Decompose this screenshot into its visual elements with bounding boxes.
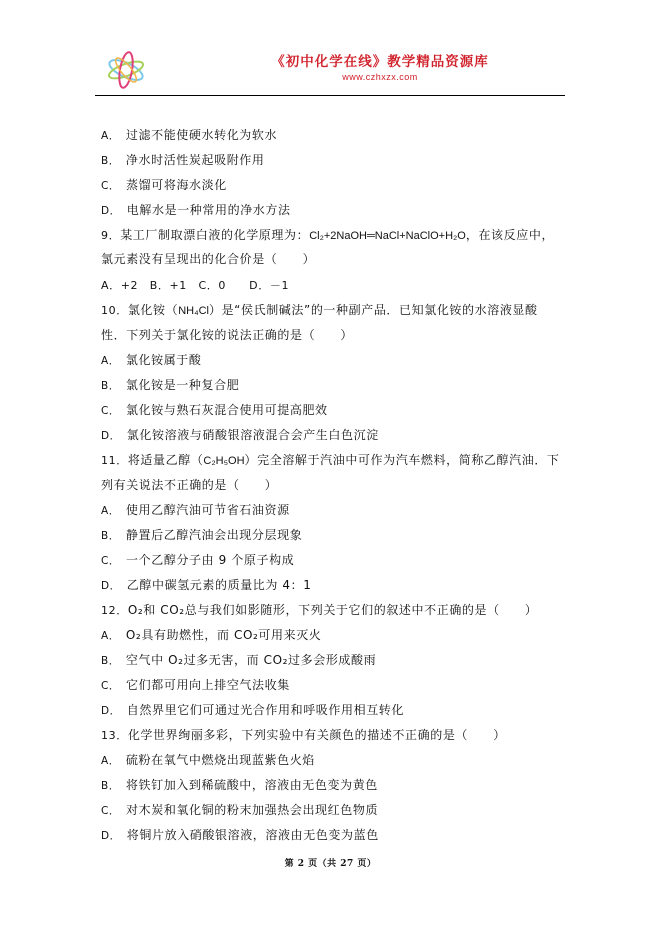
q8-option-b: B．净水时活性炭起吸附作用 [101, 153, 265, 168]
brand-title: 《初中化学在线》教学精品资源库 [215, 50, 545, 70]
q10-option-d: D．氯化铵溶液与硝酸银溶液混合会产生白色沉淀 [101, 428, 379, 443]
q12-option-a: A．O₂具有助燃性，而 CO₂可用来灭火 [101, 628, 321, 643]
page-number: 第 2 页（共 27 页） [0, 856, 661, 869]
brand-url: www.czhxzx.com [215, 72, 545, 82]
q10-stem-line2: 性．下列关于氯化铵的说法正确的是（ ） [101, 328, 353, 342]
q11-option-b: B．静置后乙醇汽油会出现分层现象 [101, 528, 302, 543]
q10-option-a: A．氯化铵属于酸 [101, 353, 202, 368]
q10-option-c: C．氯化铵与熟石灰混合使用可提高肥效 [101, 403, 328, 418]
q12-option-b: B．空气中 O₂过多无害，而 CO₂过多会形成酸雨 [101, 653, 376, 668]
q10-option-b: B．氯化铵是一种复合肥 [101, 378, 239, 393]
q11-option-d: D．乙醇中碳氢元素的质量比为 4：1 [101, 578, 311, 593]
q12-option-c: C．它们都可用向上排空气法收集 [101, 678, 290, 693]
page-header: 《初中化学在线》教学精品资源库 www.czhxzx.com [95, 44, 565, 96]
q9-options: A．+2 B．+1 C．0 D．－1 [101, 278, 289, 293]
chemical-equation: Cl₂+2NaOH═NaCl+NaClO+H₂O [309, 230, 466, 242]
q12-stem: 12．O₂和 CO₂总与我们如影随形，下列关于它们的叙述中不正确的是（ ） [101, 603, 538, 618]
q9-stem-line2: 氯元素没有呈现出的化合价是（ ） [101, 252, 315, 266]
atom-orbit-logo-icon [103, 50, 149, 90]
q11-stem: 11．将适量乙醇（C₂H₅OH）完全溶解于汽油中可作为汽车燃料，简称乙醇汽油．下 [101, 453, 560, 468]
q13-option-b: B．将铁钉加入到稀硫酸中，溶液由无色变为黄色 [101, 778, 378, 793]
q9-stem: 9．某工厂制取漂白液的化学原理为：Cl₂+2NaOH═NaCl+NaClO+H₂… [101, 228, 554, 243]
q11-option-c: C．一个乙醇分子由 9 个原子构成 [101, 553, 294, 568]
header-divider [95, 95, 565, 96]
q13-option-c: C．对木炭和氧化铜的粉末加强热会出现红色物质 [101, 803, 378, 818]
q12-option-d: D．自然界里它们可通过光合作用和呼吸作用相互转化 [101, 703, 404, 718]
chemical-formula: C₂H₅OH [203, 455, 244, 467]
q10-stem: 10．氯化铵（NH₄Cl）是“侯氏制碱法”的一种副产品．已知氯化铵的水溶液显酸 [101, 303, 538, 318]
chemical-formula: NH₄Cl [178, 305, 209, 317]
q11-stem-line2: 列有关说法不正确的是（ ） [101, 478, 277, 492]
q8-option-a: A．过滤不能使硬水转化为软水 [101, 128, 277, 143]
q13-option-d: D．将铜片放入硝酸银溶液，溶液由无色变为蓝色 [101, 828, 379, 843]
q8-option-d: D．电解水是一种常用的净水方法 [101, 203, 291, 218]
q8-option-c: C．蒸馏可将海水淡化 [101, 178, 227, 193]
q11-option-a: A．使用乙醇汽油可节省石油资源 [101, 503, 290, 518]
q13-option-a: A．硫粉在氧气中燃烧出现蓝紫色火焰 [101, 753, 315, 768]
q13-stem: 13．化学世界绚丽多彩，下列实验中有关颜色的描述不正确的是（ ） [101, 728, 506, 743]
